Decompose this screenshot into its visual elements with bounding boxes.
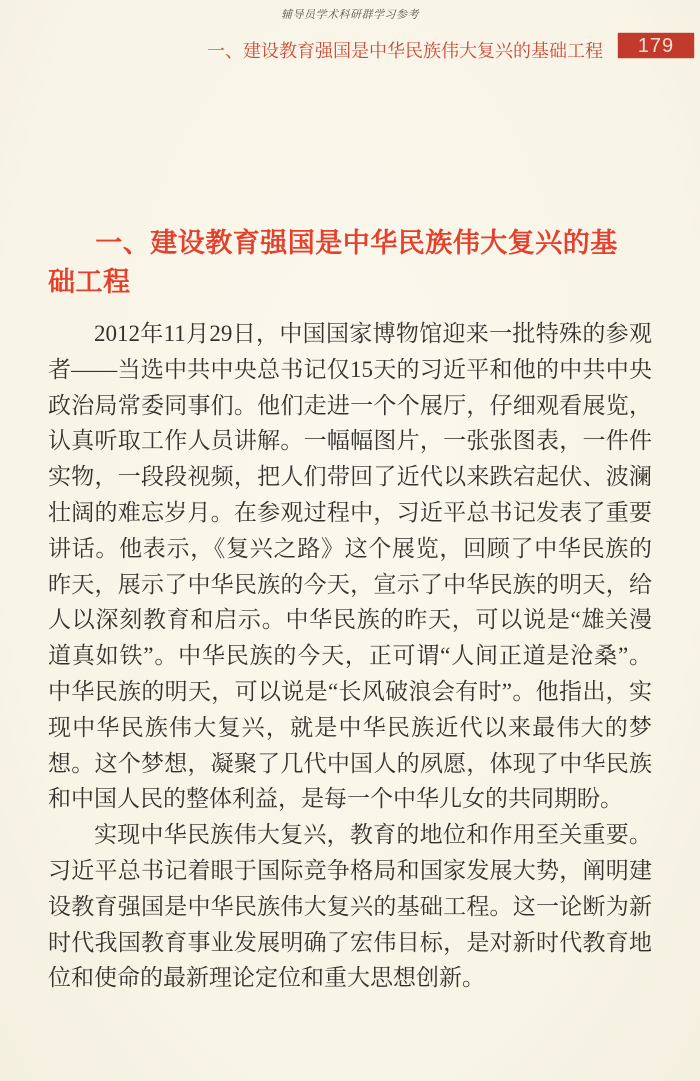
body-text: 2012年11月29日，中国国家博物馆迎来一批特殊的参观者——当选中共中央总书记… bbox=[48, 316, 652, 996]
page-number-badge: 179 bbox=[618, 33, 694, 58]
running-header-title: 一、建设教育强国是中华民族伟大复兴的基础工程 bbox=[0, 37, 603, 63]
paragraph-2: 实现中华民族伟大复兴，教育的地位和作用至关重要。习近平总书记着眼于国际竞争格局和… bbox=[48, 817, 652, 996]
section-heading-line-2: 础工程 bbox=[48, 263, 652, 302]
section-heading-line-1: 一、建设教育强国是中华民族伟大复兴的基 bbox=[48, 224, 652, 263]
script-header: 辅导员学术科研群学习参考 bbox=[0, 6, 700, 22]
paragraph-1: 2012年11月29日，中国国家博物馆迎来一批特殊的参观者——当选中共中央总书记… bbox=[48, 316, 652, 817]
book-page: 辅导员学术科研群学习参考 一、建设教育强国是中华民族伟大复兴的基础工程 179 … bbox=[0, 0, 700, 1081]
page-number: 179 bbox=[638, 36, 674, 56]
section-heading: 一、建设教育强国是中华民族伟大复兴的基 础工程 bbox=[48, 224, 652, 302]
